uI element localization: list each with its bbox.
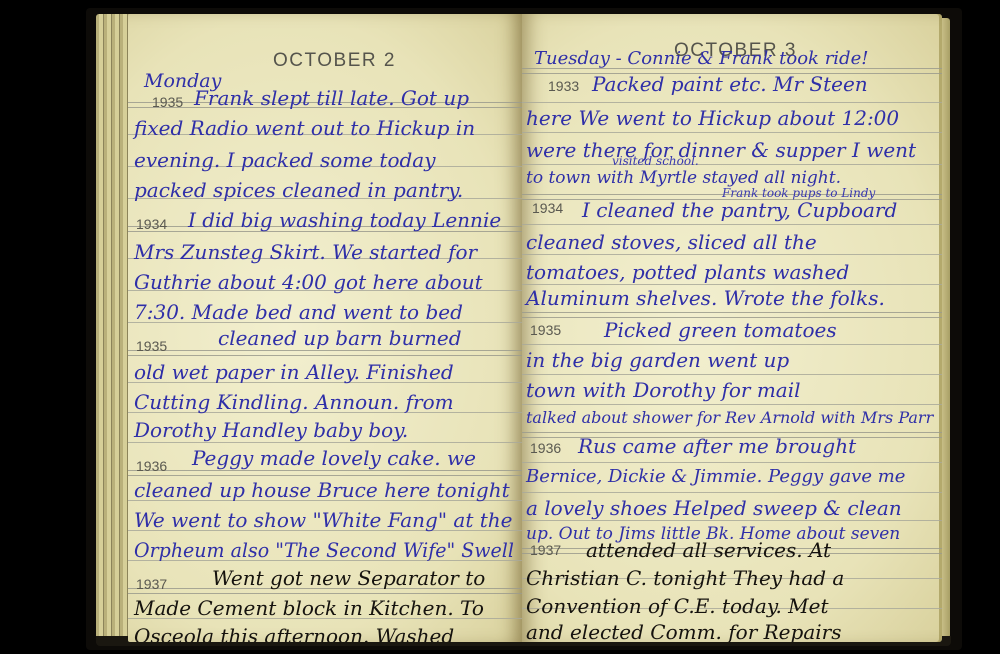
entry-line: Packed paint etc. Mr Steen — [592, 72, 868, 96]
entry-year: 1935 — [136, 338, 167, 354]
entry-line: Orpheum also "The Second Wife" Swell — [134, 538, 514, 562]
entry-line: to town with Myrtle stayed all night. — [526, 168, 841, 188]
entry-line: Went got new Separator to — [212, 566, 485, 590]
entry-line: a lovely shoes Helped sweep & clean — [526, 496, 902, 520]
entry-line: attended all services. At — [586, 538, 831, 562]
entry-line: in the big garden went up — [526, 348, 789, 372]
entry-line: here We went to Hickup about 12:00 — [526, 106, 899, 130]
entry-line: We went to show "White Fang" at the — [134, 508, 512, 532]
entry-year: 1933 — [548, 78, 579, 94]
entry-year: 1934 — [136, 216, 167, 232]
date-heading: OCTOBER 2 — [273, 50, 396, 72]
entry-line: Cutting Kindling. Announ. from — [134, 390, 454, 414]
entry-line: Christian C. tonight They had a — [526, 566, 844, 590]
entry-line: cleaned up barn burned — [218, 326, 462, 350]
right-page: OCTOBER 3 Tuesday - Connie & Frank took … — [522, 14, 942, 642]
entry-line: Dorothy Handley baby boy. — [134, 418, 408, 442]
entry-year: 1934 — [532, 200, 563, 216]
entry-line: 7:30. Made bed and went to bed — [134, 300, 463, 324]
entry-line: old wet paper in Alley. Finished — [134, 360, 454, 384]
entry-line: cleaned up house Bruce here tonight — [134, 478, 510, 502]
entry-year: 1937 — [530, 542, 561, 558]
weekday-note: Tuesday - Connie & Frank took ride! — [534, 48, 868, 69]
entry-line: Osceola this afternoon. Washed — [134, 624, 454, 642]
entry-line: were there for dinner & supper I went — [526, 138, 916, 162]
entry-line: Made Cement block in Kitchen. To — [134, 596, 484, 620]
entry-line: Convention of C.E. today. Met — [526, 594, 829, 618]
entry-line: Rus came after me brought — [578, 434, 856, 458]
entry-line: town with Dorothy for mail — [526, 378, 801, 402]
entry-line: tomatoes, potted plants washed — [526, 260, 849, 284]
entry-line: Aluminum shelves. Wrote the folks. — [526, 286, 885, 310]
interlinear-note: visited school. — [612, 154, 699, 168]
entry-year: 1935 — [530, 322, 561, 338]
entry-line: talked about shower for Rev Arnold with … — [526, 408, 933, 427]
entry-line: Guthrie about 4:00 got here about — [134, 270, 483, 294]
entry-year: 1935 — [152, 94, 183, 110]
entry-line: Picked green tomatoes — [604, 318, 837, 342]
entry-year: 1936 — [530, 440, 561, 456]
entry-line: packed spices cleaned in pantry. — [134, 178, 463, 202]
entry-line: and elected Comm. for Repairs — [526, 620, 841, 642]
entry-line: I did big washing today Lennie — [188, 208, 501, 232]
entry-line: Frank slept till late. Got up — [194, 86, 469, 110]
entry-line: Peggy made lovely cake. we — [192, 446, 476, 470]
entry-line: Mrs Zunsteg Skirt. We started for — [134, 240, 477, 264]
left-page: OCTOBER 2 Monday 1935 Frank slept till l… — [128, 14, 522, 642]
entry-line: evening. I packed some today — [134, 148, 436, 172]
entry-year: 1936 — [136, 458, 167, 474]
entry-line: cleaned stoves, sliced all the — [526, 230, 817, 254]
entry-line: Bernice, Dickie & Jimmie. Peggy gave me — [526, 466, 905, 487]
entry-year: 1937 — [136, 576, 167, 592]
entry-line: I cleaned the pantry, Cupboard — [582, 198, 897, 222]
entry-line: fixed Radio went out to Hickup in — [134, 116, 475, 140]
